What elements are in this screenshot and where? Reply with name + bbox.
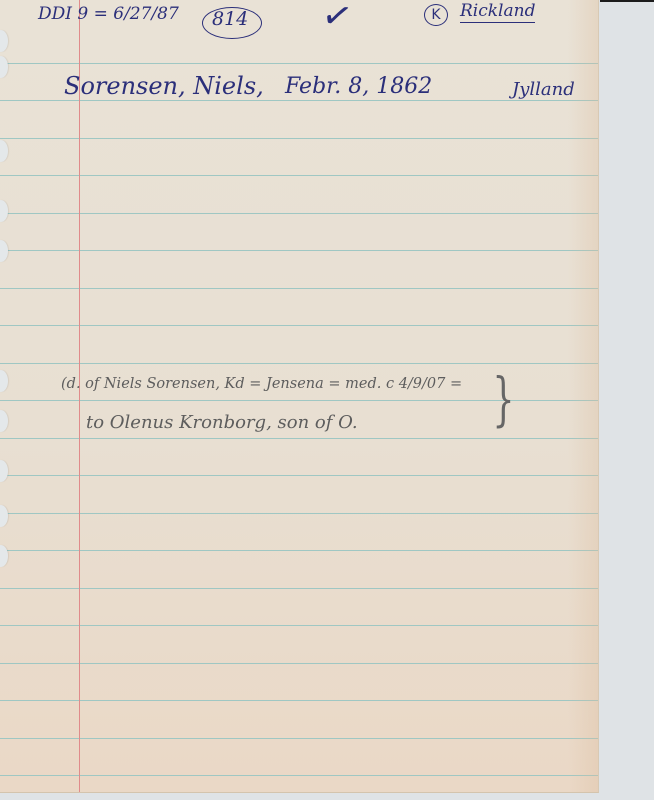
top-left-note: DDI 9 = 6/27/87 bbox=[38, 4, 179, 24]
rule-line bbox=[0, 213, 598, 214]
rule-line bbox=[0, 288, 598, 289]
torn-edge bbox=[0, 240, 8, 262]
torn-edge bbox=[0, 370, 8, 392]
record-number: 814 bbox=[212, 8, 248, 30]
rule-line bbox=[0, 250, 598, 251]
torn-edge bbox=[0, 460, 8, 482]
torn-edge bbox=[0, 505, 8, 527]
scan-edge-strip bbox=[600, 0, 654, 2]
rule-line bbox=[0, 175, 598, 176]
rule-line bbox=[0, 700, 598, 701]
location-label: Rickland bbox=[460, 1, 535, 23]
entry-name: Sorensen, Niels, bbox=[64, 72, 264, 100]
rule-line bbox=[0, 475, 598, 476]
margin-line bbox=[79, 0, 80, 792]
torn-edge bbox=[0, 200, 8, 222]
entry-birth-date: Febr. 8, 1862 bbox=[285, 74, 432, 99]
rule-line bbox=[0, 588, 598, 589]
rule-line bbox=[0, 100, 598, 101]
entry-origin: Jylland bbox=[512, 79, 575, 100]
rule-line bbox=[0, 363, 598, 364]
rule-line bbox=[0, 438, 598, 439]
torn-edge bbox=[0, 140, 8, 162]
rule-line bbox=[0, 663, 598, 664]
circled-letter-icon: K bbox=[424, 4, 448, 26]
rule-line bbox=[0, 738, 598, 739]
pencil-note-line-1: (d. of Niels Sorensen, Kd = Jensena = me… bbox=[61, 376, 462, 392]
rule-line bbox=[0, 775, 598, 776]
notebook-page: DDI 9 = 6/27/87 814 ✓ K Rickland Sorense… bbox=[0, 0, 599, 793]
torn-edge bbox=[0, 410, 8, 432]
torn-edge bbox=[0, 30, 8, 52]
rule-line bbox=[0, 550, 598, 551]
rule-line bbox=[0, 513, 598, 514]
rule-line bbox=[0, 138, 598, 139]
rule-line bbox=[0, 625, 598, 626]
pencil-note-line-2: to Olenus Kronborg, son of O. bbox=[86, 412, 358, 433]
torn-edge bbox=[0, 545, 8, 567]
torn-edge bbox=[0, 56, 8, 78]
rule-line bbox=[0, 325, 598, 326]
brace-mark: } bbox=[492, 370, 514, 428]
checkmark-icon: ✓ bbox=[318, 0, 356, 40]
rule-line bbox=[0, 63, 598, 64]
